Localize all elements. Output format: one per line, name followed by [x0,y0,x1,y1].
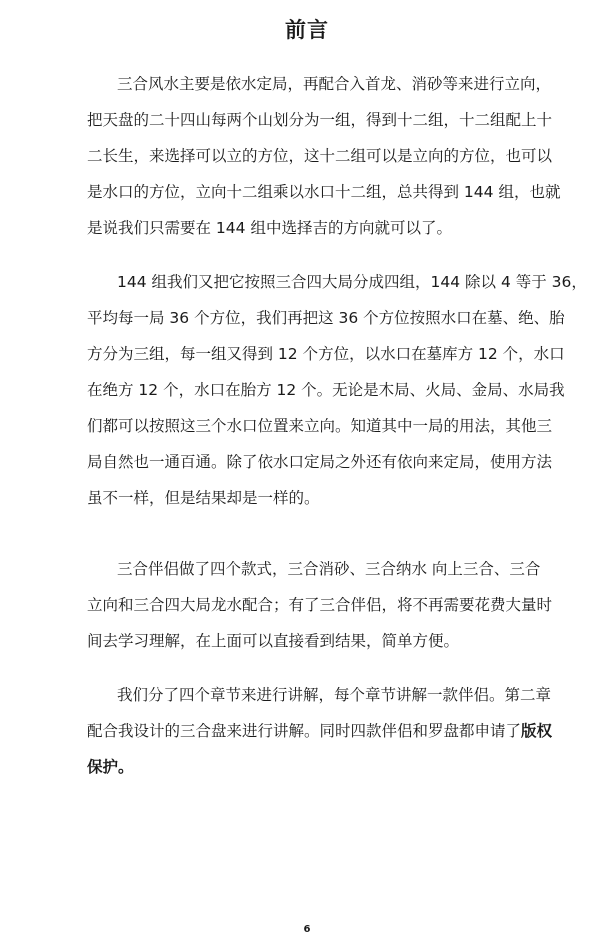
bold-text-line: 保护。 [87,757,134,777]
text-line: 方分为三组，每一组又得到 12 个方位，以水口在墓库方 12 个，水口 [87,344,565,364]
text-line: 立向和三合四大局龙水配合；有了三合伴侣，将不再需要花费大量时 [87,595,552,615]
text-line: 配合我设计的三合盘来进行讲解。同时四款伴侣和罗盘都申请了版权 [87,721,552,741]
text-line: 们都可以按照这三个水口位置来立向。知道其中一局的用法，其他三 [87,416,552,436]
text-line: 在绝方 12 个，水口在胎方 12 个。无论是木局、火局、金局、水局我 [87,380,565,400]
text-line: 平均每一局 36 个方位，我们再把这 36 个方位按照水口在墓、绝、胎 [87,308,565,328]
page-title: 前言 [0,14,614,44]
text-line: 是说我们只需要在 144 组中选择吉的方向就可以了。 [87,218,452,238]
text-line: 间去学习理解，在上面可以直接看到结果，简单方便。 [87,631,459,651]
text-line: 144 组我们又把它按照三合四大局分成四组，144 除以 4 等于 36， [117,272,587,292]
text-line: 把天盘的二十四山每两个山划分为一组，得到十二组，十二组配上十 [87,110,552,130]
text-line: 三合风水主要是依水定局，再配合入首龙、消砂等来进行立向， [117,74,551,94]
bold-text: 版权 [521,722,552,740]
text-line: 是水口的方位，立向十二组乘以水口十二组，总共得到 144 组，也就 [87,182,560,202]
text-line: 三合伴侣做了四个款式，三合消砂、三合纳水 向上三合、三合 [117,559,540,579]
page-number: 6 [0,924,614,935]
text-line: 局自然也一通百通。除了依水口定局之外还有依向来定局，使用方法 [87,452,552,472]
text-line: 二长生，来选择可以立的方位，这十二组可以是立向的方位，也可以 [87,146,552,166]
text-span: 配合我设计的三合盘来进行讲解。同时四款伴侣和罗盘都申请了 [87,722,521,740]
text-line: 我们分了四个章节来进行讲解，每个章节讲解一款伴侣。第二章 [117,685,551,705]
text-line: 虽不一样，但是结果却是一样的。 [87,488,320,508]
